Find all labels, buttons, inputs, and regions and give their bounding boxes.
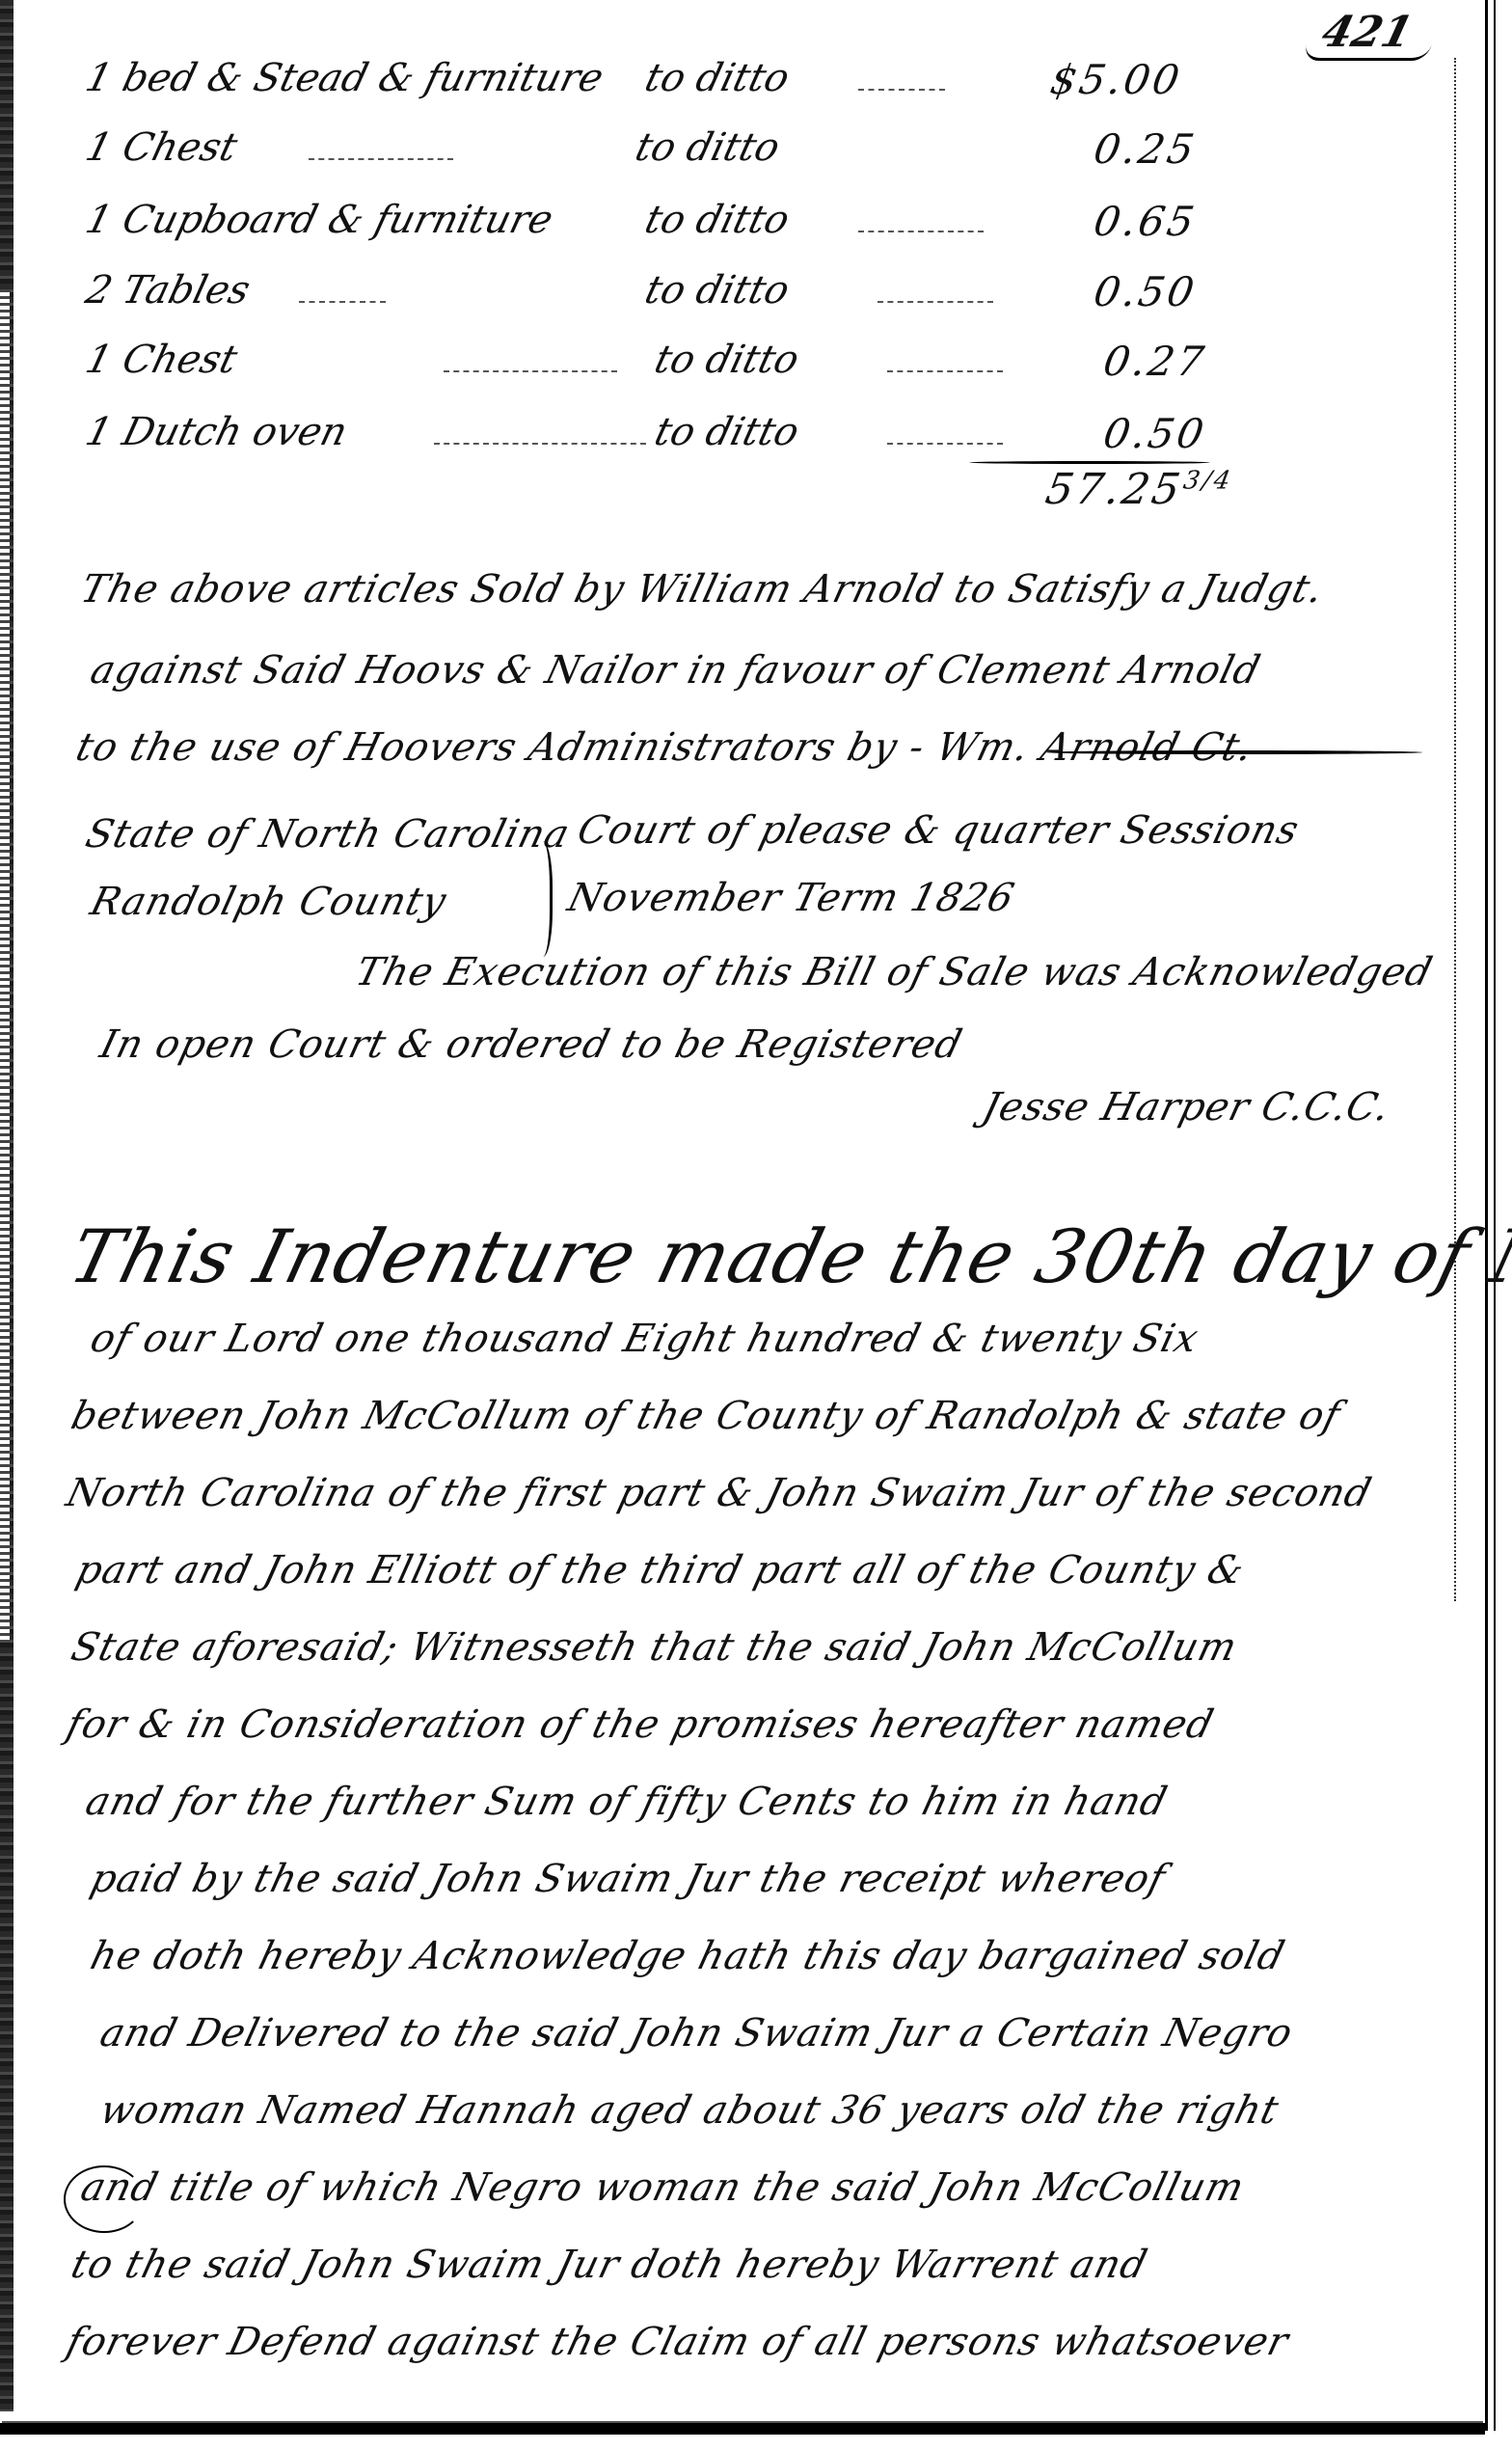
leader-dots xyxy=(444,370,617,372)
leader-dots xyxy=(887,370,1003,372)
item-to-ditto: to ditto xyxy=(640,56,794,100)
item-row: 2 Tables to ditto 0.50 xyxy=(87,268,1244,326)
acknowledgment-line: The Execution of this Bill of Sale was A… xyxy=(351,950,1437,994)
leader-dots xyxy=(877,301,993,303)
indenture-line: to the said John Swaim Jur doth hereby W… xyxy=(67,2243,1152,2287)
sale-note-line: against Said Hoovs & Nailor in favour of… xyxy=(86,648,1265,693)
item-amount: 0.25 xyxy=(1091,125,1201,173)
indenture-line: and for the further Sum of fifty Cents t… xyxy=(81,1780,1172,1824)
item-row: 1 Dutch oven to ditto 0.50 xyxy=(87,410,1244,468)
court-term: November Term 1826 xyxy=(563,876,1019,920)
indenture-line: North Carolina of the first part & John … xyxy=(62,1471,1376,1515)
leader-dots xyxy=(434,443,646,445)
total-amount: 57.25 xyxy=(1042,465,1187,514)
indenture-line: of our Lord one thousand Eight hundred &… xyxy=(86,1317,1203,1361)
indenture-line: he doth hereby Acknowledge hath this day… xyxy=(86,1934,1289,1978)
item-description: 2 Tables xyxy=(81,268,255,313)
item-to-ditto: to ditto xyxy=(640,268,794,313)
clerk-signature: Jesse Harper C.C.C. xyxy=(978,1085,1394,1130)
leader-dots xyxy=(299,301,386,303)
item-to-ditto: to ditto xyxy=(640,198,794,242)
acknowledgment-line: In open Court & ordered to be Registered xyxy=(95,1022,967,1067)
indenture-line: part and John Elliott of the third part … xyxy=(71,1548,1249,1592)
indenture-line: and title of which Negro woman the said … xyxy=(76,2165,1249,2210)
court-state: State of North Carolina xyxy=(81,812,574,857)
sale-note-line: to the use of Hoovers Administrators by … xyxy=(71,725,1257,770)
item-description: 1 Chest xyxy=(81,125,241,170)
item-row: 1 bed & Stead & furniture to ditto $5.00 xyxy=(87,56,1244,114)
signature-underline xyxy=(1046,750,1422,754)
item-to-ditto: to ditto xyxy=(650,338,803,382)
page-binding-shadow xyxy=(0,289,10,1640)
items-total: 57.253/4 xyxy=(1042,465,1236,514)
item-amount: 0.27 xyxy=(1100,338,1210,385)
indenture-line: This Indenture made the 30th day of May … xyxy=(62,1213,1512,1299)
item-description: 1 Cupboard & furniture xyxy=(81,198,557,242)
sum-rule xyxy=(969,461,1210,464)
item-description: 1 Dutch oven xyxy=(81,410,352,454)
item-amount: 0.50 xyxy=(1091,268,1201,315)
item-amount: 0.50 xyxy=(1100,410,1210,457)
indenture-line: and Delivered to the said John Swaim Jur… xyxy=(95,2011,1297,2055)
page-bottom-rule xyxy=(0,2423,1485,2435)
leader-dots xyxy=(309,158,453,160)
item-description: 1 bed & Stead & furniture xyxy=(81,56,607,100)
item-amount: $5.00 xyxy=(1047,56,1186,103)
page-number: 421 xyxy=(1317,8,1418,57)
indenture-line: paid by the said John Swaim Jur the rece… xyxy=(86,1857,1170,1901)
court-name: Court of please & quarter Sessions xyxy=(573,808,1304,853)
page-right-margin-line xyxy=(1454,58,1456,1601)
sale-note-line: The above articles Sold by William Arnol… xyxy=(76,567,1328,612)
indenture-line: forever Defend against the Claim of all … xyxy=(62,2320,1293,2364)
item-amount: 0.65 xyxy=(1091,198,1201,245)
item-description: 1 Chest xyxy=(81,338,241,382)
leader-dots xyxy=(858,89,945,91)
indenture-line: State aforesaid; Witnesseth that the sai… xyxy=(67,1625,1242,1670)
item-row: 1 Cupboard & furniture to ditto 0.65 xyxy=(87,198,1244,256)
item-row: 1 Chest to ditto 0.27 xyxy=(87,338,1244,395)
leader-dots xyxy=(887,443,1003,445)
page-number-flourish xyxy=(1303,44,1432,61)
item-to-ditto: to ditto xyxy=(631,125,784,170)
indenture-line: between John McCollum of the County of R… xyxy=(67,1394,1345,1438)
item-row: 1 Chest to ditto 0.25 xyxy=(87,125,1244,183)
court-brace xyxy=(528,841,553,957)
court-county: Randolph County xyxy=(86,880,451,924)
total-fraction: 3/4 xyxy=(1181,466,1235,495)
leader-dots xyxy=(858,231,984,232)
item-to-ditto: to ditto xyxy=(650,410,803,454)
indenture-line: woman Named Hannah aged about 36 years o… xyxy=(95,2088,1283,2133)
indenture-line: for & in Consideration of the promises h… xyxy=(62,1702,1218,1747)
